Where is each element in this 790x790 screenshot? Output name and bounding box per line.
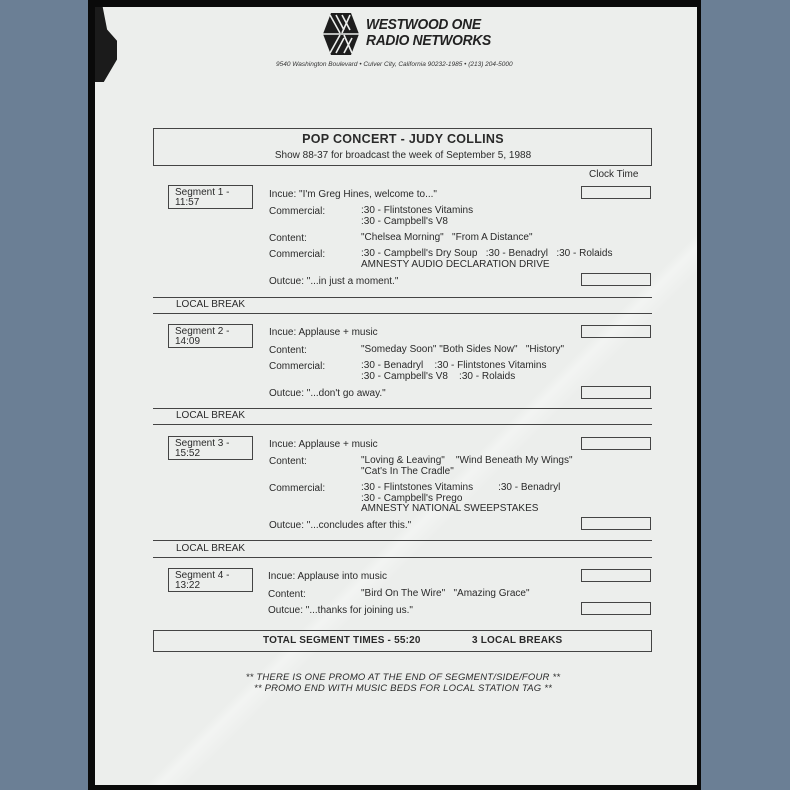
segment-1-row-3-label: Commercial: (269, 249, 325, 260)
segment-1-clock-in-field[interactable] (581, 186, 651, 199)
segment-3-row-1-label: Content: (269, 456, 307, 467)
divider (153, 408, 652, 409)
divider (153, 297, 652, 298)
segment-2-incue: Incue: Applause + music (269, 327, 378, 338)
segment-2-clock-in-field[interactable] (581, 325, 651, 338)
promo-note-2: ** PROMO END WITH MUSIC BEDS FOR LOCAL S… (153, 683, 653, 694)
segment-1-time: 11:57 (175, 198, 252, 208)
segment-2-outcue: Outcue: "...don't go away." (269, 388, 386, 399)
segment-2-clock-out-field[interactable] (581, 386, 651, 399)
brand-line-1: WESTWOOD ONE (366, 17, 491, 33)
segment-1-clock-out-field[interactable] (581, 273, 651, 286)
segment-2-label-box: Segment 2 - 14:09 (168, 324, 253, 348)
divider (153, 540, 652, 541)
segment-2-row-1-label: Content: (269, 345, 307, 356)
segment-2-row-1-value: "Someday Soon" "Both Sides Now" "History… (361, 345, 564, 356)
segment-1-row-2-value: "Chelsea Morning" "From A Distance" (361, 233, 533, 244)
segment-2-row-2-value: :30 - Benadryl :30 - Flintstones Vitamin… (361, 361, 546, 382)
segment-4-outcue: Outcue: "...thanks for joining us." (268, 605, 413, 616)
segment-3-time: 15:52 (175, 449, 252, 459)
segment-3-outcue: Outcue: "...concludes after this." (269, 520, 411, 531)
segment-3-row-1-value: "Loving & Leaving" "Wind Beneath My Wing… (361, 456, 573, 477)
segment-4-incue: Incue: Applause into music (268, 571, 387, 582)
show-subtitle: Show 88-37 for broadcast the week of Sep… (153, 150, 653, 161)
local-break-1: LOCAL BREAK (176, 299, 245, 310)
segment-1-label-box: Segment 1 - 11:57 (168, 185, 253, 209)
divider (153, 313, 652, 314)
total-local-breaks: 3 LOCAL BREAKS (472, 635, 562, 646)
total-segment-times: TOTAL SEGMENT TIMES - 55:20 (263, 635, 421, 646)
segment-2-row-2-label: Commercial: (269, 361, 325, 372)
segment-3-incue: Incue: Applause + music (269, 439, 378, 450)
segment-1-row-1-label: Commercial: (269, 206, 325, 217)
segment-1-incue: Incue: "I'm Greg Hines, welcome to..." (269, 189, 437, 200)
segment-4-label-box: Segment 4 - 13:22 (168, 568, 253, 592)
segment-4-clock-out-field[interactable] (581, 602, 651, 615)
local-break-3: LOCAL BREAK (176, 543, 245, 554)
local-break-2: LOCAL BREAK (176, 410, 245, 421)
segment-4-clock-in-field[interactable] (581, 569, 651, 582)
divider (153, 557, 652, 558)
segment-4-row-1-label: Content: (268, 589, 306, 600)
segment-2-time: 14:09 (175, 337, 252, 347)
segment-3-clock-out-field[interactable] (581, 517, 651, 530)
segment-1-row-2-label: Content: (269, 233, 307, 244)
brand-line-2: RADIO NETWORKS (366, 33, 491, 49)
segment-4-time: 13:22 (175, 581, 252, 591)
segment-1-row-3-value: :30 - Campbell's Dry Soup :30 - Benadryl… (361, 249, 612, 270)
segment-3-label-box: Segment 3 - 15:52 (168, 436, 253, 460)
promo-note-1: ** THERE IS ONE PROMO AT THE END OF SEGM… (153, 672, 653, 683)
divider (153, 424, 652, 425)
brand-name: WESTWOOD ONE RADIO NETWORKS (366, 17, 491, 49)
segment-3-clock-in-field[interactable] (581, 437, 651, 450)
segment-4-row-1-value: "Bird On The Wire" "Amazing Grace" (361, 589, 530, 600)
segment-3-row-2-value: :30 - Flintstones Vitamins :30 - Benadry… (361, 483, 560, 515)
letterhead-address: 9540 Washington Boulevard • Culver City,… (276, 61, 513, 68)
clock-time-label: Clock Time (589, 169, 638, 180)
segment-1-outcue: Outcue: "...in just a moment." (269, 276, 398, 287)
westwood-one-logo-icon (322, 12, 360, 56)
segment-1-row-1-value: :30 - Flintstones Vitamins :30 - Campbel… (361, 206, 473, 227)
segment-3-row-2-label: Commercial: (269, 483, 325, 494)
page-title: POP CONCERT - JUDY COLLINS (153, 132, 653, 146)
